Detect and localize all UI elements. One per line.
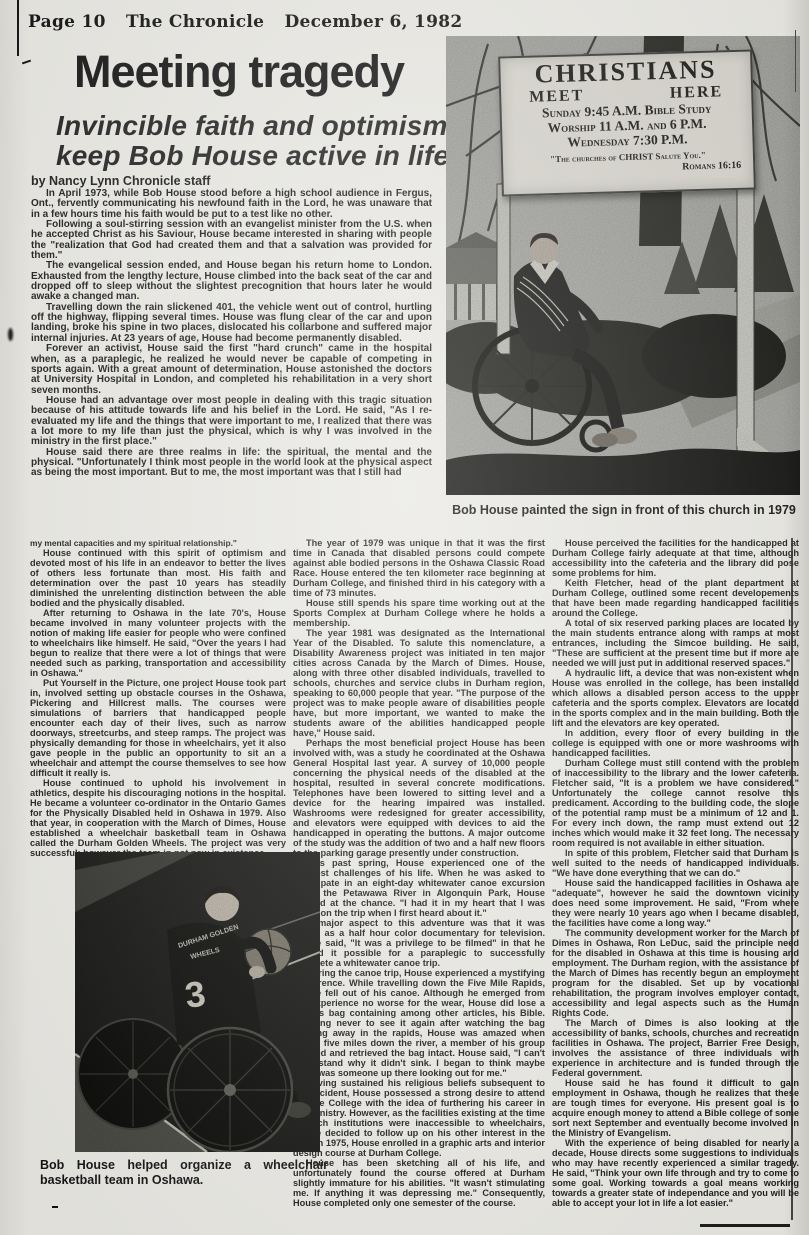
- paragraph: The March of Dimes is also looking at th…: [552, 1018, 799, 1078]
- sign-here: HERE: [670, 83, 724, 101]
- paragraph: A major aspect to this adventure was tha…: [293, 918, 545, 968]
- byline: by Nancy Lynn Chronicle staff: [31, 174, 210, 188]
- masthead-date: December 6, 1982: [284, 12, 462, 32]
- column-middle: The year of 1979 was unique in that it w…: [293, 538, 545, 1208]
- paragraph: Having sustained his religious beliefs s…: [293, 1078, 545, 1158]
- paragraph: In spite of this problem, Fletcher said …: [552, 848, 799, 878]
- subheadline-line2: keep Bob House active in life: [56, 140, 449, 171]
- paragraph: Travelling down the rain slickened 401, …: [31, 303, 432, 344]
- masthead-page-label: Page 10: [28, 12, 106, 32]
- headline: Meeting tragedy: [74, 46, 404, 98]
- paragraph: In addition, every floor of every buildi…: [552, 728, 799, 758]
- paragraph: House continued with this spirit of opti…: [30, 548, 286, 608]
- scan-artifact-smudge: [8, 328, 13, 341]
- scan-artifact-fold-line: [791, 538, 793, 1220]
- paragraph: In April 1973, while Bob House stood bef…: [31, 189, 432, 220]
- paragraph: Keith Fletcher, head of the plant depart…: [552, 578, 799, 618]
- basketball-photo-scene: DURHAM GOLDEN WHEELS 3: [75, 852, 320, 1152]
- paragraph: House said the handicapped facilities in…: [552, 878, 799, 928]
- church-sign: CHRISTIANS MEET HERE Sunday 9:45 A.M. Bi…: [498, 49, 756, 196]
- masthead: Page 10 The Chronicle December 6, 1982: [28, 12, 477, 32]
- paragraph: Following a soul-stirring session with a…: [31, 220, 432, 261]
- paragraph: my mental capacities and my spiritual re…: [30, 538, 286, 548]
- basketball-photo: DURHAM GOLDEN WHEELS 3: [75, 852, 320, 1152]
- photo-grain: [75, 852, 320, 1152]
- paragraph: House said he has found it difficult to …: [552, 1078, 799, 1138]
- paragraph: House still spends his spare time workin…: [293, 598, 545, 628]
- paragraph: Forever an activist, House said the firs…: [31, 344, 432, 396]
- paragraph: House perceived the facilities for the h…: [552, 538, 799, 578]
- paragraph: House continued to uphold his involvemen…: [30, 778, 286, 858]
- paragraph: A hydraulic lift, a device that was non-…: [552, 668, 799, 728]
- church-photo-caption: Bob House painted the sign in front of t…: [450, 503, 798, 517]
- paragraph: House said there are three realms in lif…: [31, 448, 432, 479]
- church-photo: CHRISTIANS MEET HERE Sunday 9:45 A.M. Bi…: [446, 36, 800, 495]
- column-left: my mental capacities and my spiritual re…: [30, 538, 286, 858]
- paragraph: Perhaps the most beneficial project Hous…: [293, 738, 545, 858]
- paragraph: The year 1981 was designated as the Inte…: [293, 628, 545, 738]
- paragraph: House has been sketching all of his life…: [293, 1158, 545, 1208]
- subheadline-line1: Invincible faith and optimism: [56, 110, 448, 141]
- scan-artifact-line: [17, 0, 19, 56]
- paragraph: The year of 1979 was unique in that it w…: [293, 538, 545, 598]
- newspaper-page: Page 10 The Chronicle December 6, 1982 M…: [0, 0, 809, 1235]
- paragraph: House had an advantage over most people …: [31, 396, 432, 448]
- paragraph: Durham College must still contend with t…: [552, 758, 799, 848]
- subheadline: Invincible faith and optimism keep Bob H…: [56, 111, 449, 171]
- paragraph: The evangelical session ended, and House…: [31, 261, 432, 302]
- paragraph: A total of six reserved parking places a…: [552, 618, 799, 668]
- scan-artifact-dash: [700, 1224, 790, 1227]
- scan-artifact-line: [795, 30, 796, 92]
- paragraph: During the canoe trip, House experienced…: [293, 968, 545, 1078]
- sign-meet: MEET: [529, 87, 585, 106]
- column-right: House perceived the facilities for the h…: [552, 538, 799, 1208]
- scan-artifact-mark: [22, 60, 31, 65]
- paragraph: This past spring, House experienced one …: [293, 858, 545, 918]
- paragraph: With the experience of being disabled fo…: [552, 1138, 799, 1208]
- intro-column: In April 1973, while Bob House stood bef…: [31, 189, 432, 479]
- paragraph: The community development worker for the…: [552, 928, 799, 1018]
- paragraph: Put Yourself in the Picture, one project…: [30, 678, 286, 778]
- paragraph: After returning to Oshawa in the late 70…: [30, 608, 286, 678]
- basketball-photo-caption: Bob House helped organize a wheelchair b…: [40, 1158, 328, 1188]
- masthead-paper-name: The Chronicle: [126, 12, 264, 32]
- scan-artifact-mark: [52, 1206, 58, 1208]
